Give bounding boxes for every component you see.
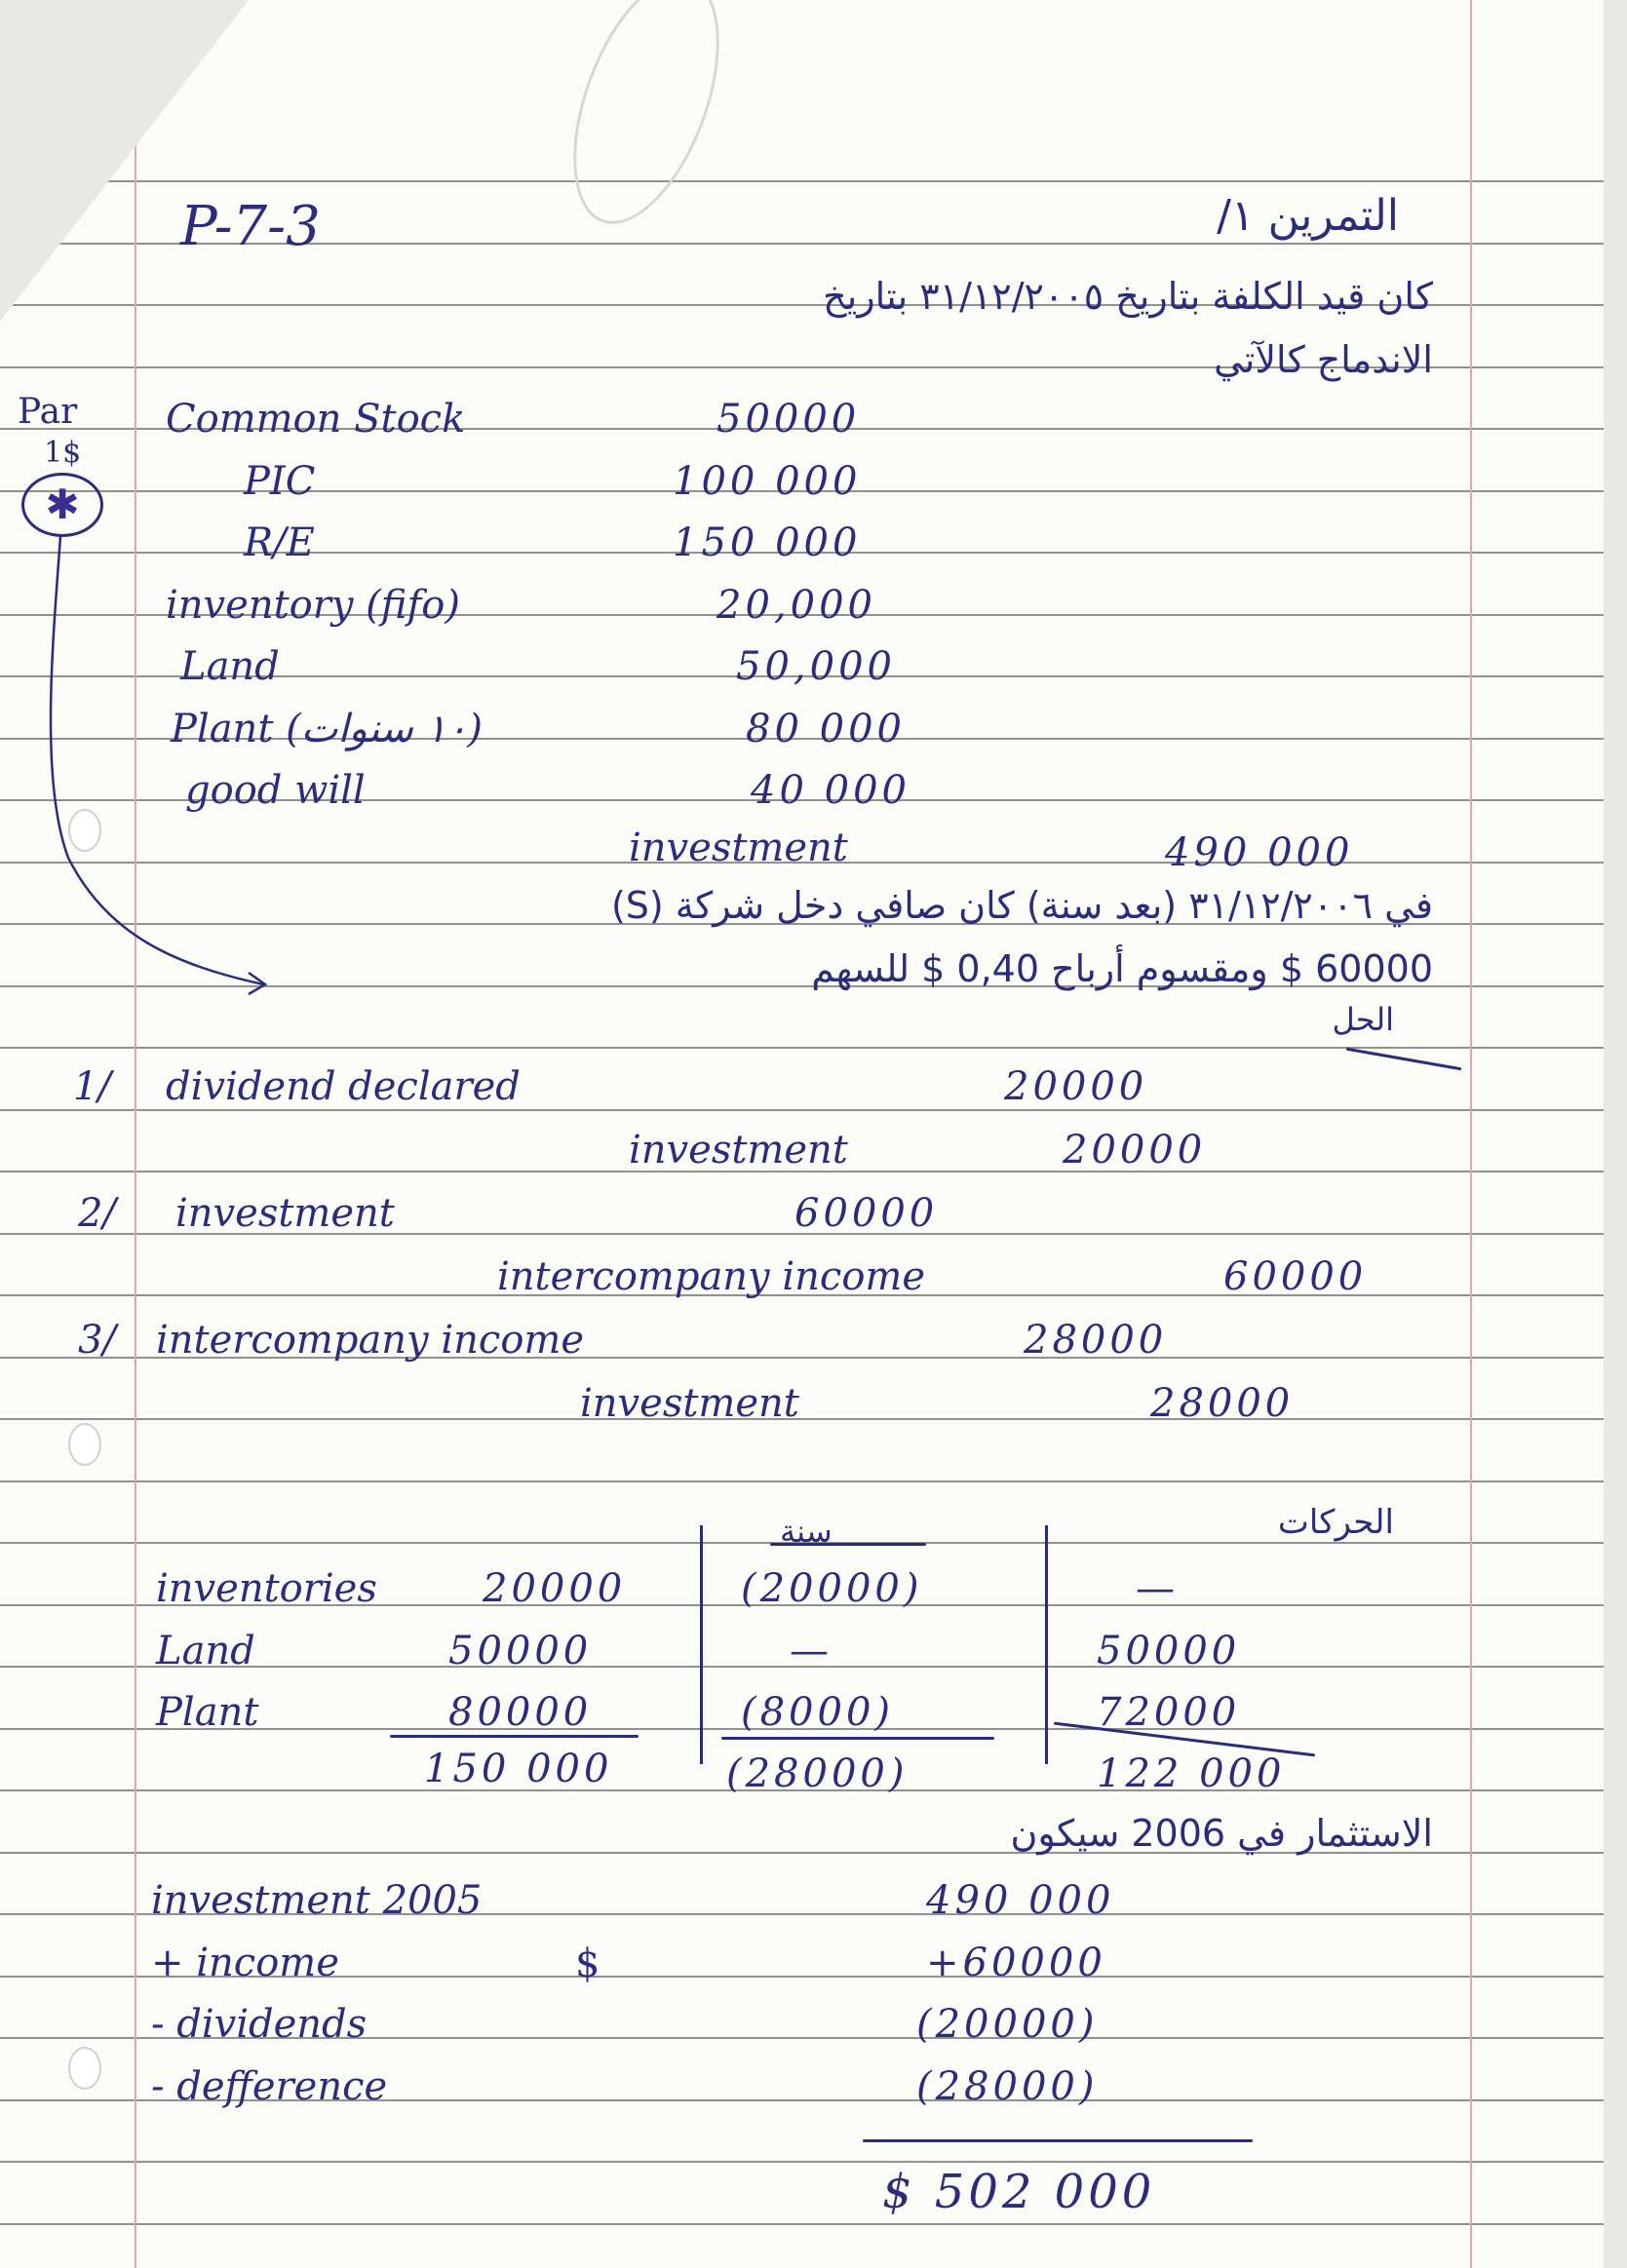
notebook-page: P-7-3 التمرين ١/ كان قيد الكلفة بتاريخ ٣… — [0, 0, 1604, 2268]
rollforward-amount: (20000) — [916, 2005, 1098, 2044]
debit-account: investment — [175, 1194, 395, 1233]
rollforward-label: - dividends — [151, 2005, 367, 2044]
total-result: 122 000 — [1097, 1754, 1285, 1793]
binder-hole — [68, 1423, 101, 1466]
binder-hole — [68, 2047, 101, 2090]
table-row-base: 50000 — [448, 1632, 592, 1671]
rollforward-heading: الاستثمار في 2006 سيكون — [1010, 1815, 1433, 1852]
debit-amount: 20000 — [1004, 1067, 1147, 1106]
embossed-mark — [544, 0, 748, 244]
arrow-connector-icon — [0, 0, 409, 1023]
total-line — [863, 2139, 1253, 2142]
debit-account: Land — [180, 647, 280, 686]
sum-line — [721, 1737, 994, 1740]
ruled-line — [0, 1109, 1604, 1111]
table-divider — [700, 1525, 703, 1764]
note-line-1: في ٣١/١٢/٢٠٠٦ (بعد سنة) كان صافي دخل شرك… — [611, 887, 1433, 924]
entry-number: 1/ — [73, 1067, 111, 1106]
solution-underline — [1346, 1048, 1462, 1071]
debit-amount: 60000 — [794, 1194, 938, 1233]
table-row-result: — — [1136, 1569, 1179, 1608]
rollforward-label: - defference — [151, 2067, 387, 2106]
column-header-underline — [770, 1543, 926, 1546]
entry-number: 3/ — [78, 1321, 116, 1360]
credit-amount: 20000 — [1063, 1131, 1206, 1170]
total-change: (28000) — [726, 1754, 908, 1793]
debit-amount: 100 000 — [673, 462, 861, 501]
right-margin-line — [1470, 0, 1472, 2268]
rollforward-amount: 490 000 — [926, 1881, 1114, 1920]
intro-line-1: كان قيد الكلفة بتاريخ ٣١/١٢/٢٠٠٥ بتاريخ — [823, 278, 1433, 315]
debit-amount: 40 000 — [751, 771, 910, 810]
ruled-line — [0, 1047, 1604, 1049]
debit-account: PIC — [244, 462, 315, 501]
credit-amount: 28000 — [1150, 1384, 1294, 1423]
credit-account: investment — [629, 1131, 848, 1170]
rollforward-total: $ 502 000 — [882, 2169, 1155, 2215]
intro-line-2: الاندماج كالآتي — [1214, 341, 1433, 378]
table-row-item: Plant — [156, 1693, 258, 1732]
credit-amount: 60000 — [1223, 1257, 1367, 1296]
total-base: 150 000 — [424, 1749, 612, 1788]
debit-amount: 28000 — [1024, 1321, 1167, 1360]
table-row-change: (8000) — [741, 1693, 894, 1732]
credit-account: investment — [629, 828, 848, 867]
table-row-item: inventories — [156, 1569, 377, 1608]
ruled-line — [0, 1480, 1604, 1482]
debit-account: good will — [185, 771, 366, 810]
debit-account: dividend declared — [166, 1067, 521, 1106]
debit-account: inventory (fifo) — [166, 586, 460, 625]
exercise-label: التمرين ١/ — [1217, 195, 1399, 238]
ruled-line — [0, 1418, 1604, 1420]
debit-amount: 80 000 — [746, 710, 906, 749]
movements-title: الحركات — [1278, 1506, 1394, 1539]
debit-account: Common Stock — [166, 400, 465, 439]
rollforward-label: investment 2005 — [151, 1881, 482, 1920]
solution-label: الحل — [1332, 1004, 1394, 1035]
table-row-base: 80000 — [448, 1693, 592, 1732]
debit-account: R/E — [244, 523, 315, 562]
ruled-line — [0, 2161, 1604, 2163]
table-row-change: (20000) — [741, 1569, 922, 1608]
debit-amount: 150 000 — [673, 523, 861, 562]
table-row-base: 20000 — [483, 1569, 626, 1608]
table-row-result: 72000 — [1097, 1693, 1240, 1732]
rollforward-amount: +60000 — [926, 1943, 1106, 1982]
table-row-result: 50000 — [1097, 1632, 1240, 1671]
debit-amount: 50000 — [717, 400, 860, 439]
debit-account: Plant (١٠ سنوات) — [171, 710, 483, 749]
credit-account: intercompany income — [497, 1257, 925, 1296]
credit-account: investment — [580, 1384, 799, 1423]
credit-amount: 490 000 — [1165, 833, 1353, 872]
table-divider — [1045, 1525, 1048, 1764]
table-row-change: — — [790, 1632, 833, 1671]
table-row-item: Land — [156, 1632, 255, 1671]
entry-number: 2/ — [78, 1194, 116, 1233]
debit-amount: 20,000 — [717, 586, 876, 625]
rollforward-amount: (28000) — [916, 2067, 1098, 2106]
ruled-line — [0, 2223, 1604, 2225]
debit-account: intercompany income — [156, 1321, 584, 1360]
sum-line — [390, 1735, 639, 1738]
dollar-icon: $ — [575, 1944, 600, 1983]
rollforward-label: + income — [151, 1943, 339, 1982]
debit-amount: 50,000 — [736, 647, 896, 686]
note-line-2: 60000 $ ومقسوم أرباح 0,40 $ للسهم — [811, 950, 1433, 987]
